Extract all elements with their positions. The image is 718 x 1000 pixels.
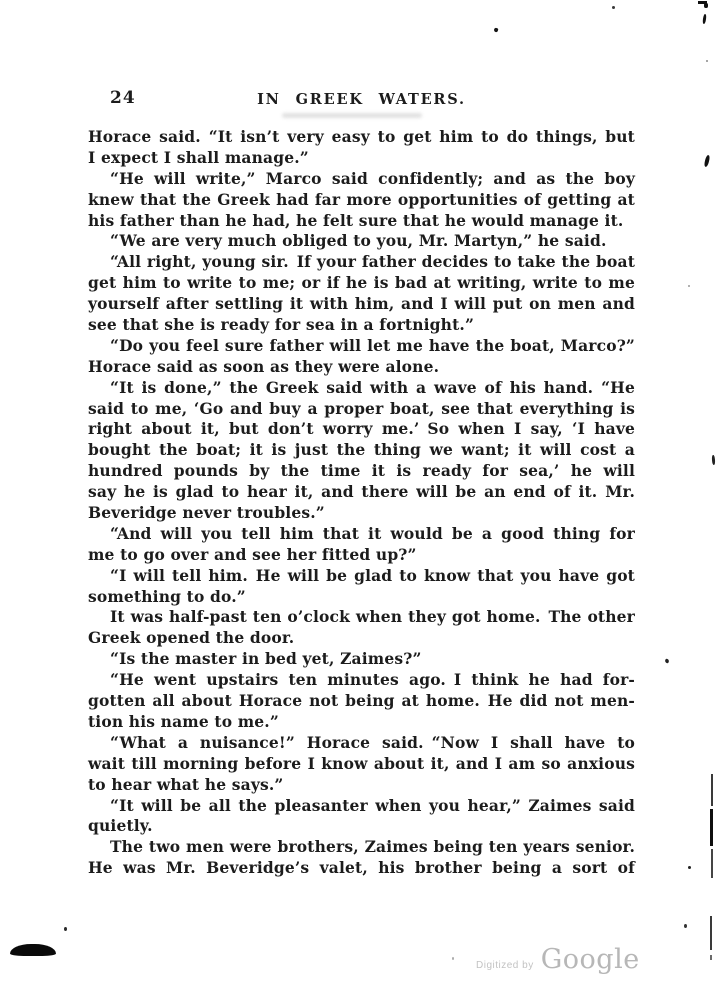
text-line: “It will be all the pleasanter when you … xyxy=(88,796,635,817)
ink-speck xyxy=(493,27,498,32)
text-line: “He will write,” Marco said confidently;… xyxy=(88,169,635,190)
ink-speck xyxy=(452,957,454,960)
text-line: knew that the Greek had far more opportu… xyxy=(88,190,635,211)
ink-speck xyxy=(64,927,67,931)
text-line: He was Mr. Beveridge’s valet, his brothe… xyxy=(88,858,635,879)
text-line: to hear what he says.” xyxy=(88,775,635,796)
scan-edge-line xyxy=(711,774,713,806)
text-line: tion his name to me.” xyxy=(88,712,635,733)
paragraph: “And will you tell him that it would be … xyxy=(88,524,635,566)
margin-mark xyxy=(702,14,706,24)
text-line: say he is glad to hear it, and there wil… xyxy=(88,482,635,503)
paragraph: “We are very much obliged to you, Mr. Ma… xyxy=(88,231,635,252)
text-line: I expect I shall manage.” xyxy=(88,148,635,169)
paragraph: The two men were brothers, Zaimes being … xyxy=(88,837,635,879)
paragraph: “Do you feel sure father will let me hav… xyxy=(88,336,635,378)
text-line: wait till morning before I know about it… xyxy=(88,754,635,775)
text-line: “All right, young sir. If your father de… xyxy=(88,252,635,273)
text-line: “What a nuisance!” Horace said. “Now I s… xyxy=(88,733,635,754)
google-watermark: Digitized by Google xyxy=(476,944,640,975)
text-line: “And will you tell him that it would be … xyxy=(88,524,635,545)
margin-mark xyxy=(712,455,716,465)
google-logo: Google xyxy=(541,944,640,975)
paragraph: “All right, young sir. If your father de… xyxy=(88,252,635,336)
ink-speck xyxy=(688,285,690,287)
ink-speck xyxy=(710,955,712,960)
running-header-title: IN GREEK WATERS. xyxy=(88,91,635,108)
text-line: gotten all about Horace not being at hom… xyxy=(88,691,635,712)
paragraph: “It is done,” the Greek said with a wave… xyxy=(88,378,635,524)
text-line: “I will tell him. He will be glad to kno… xyxy=(88,566,635,587)
text-line: said to me, ‘Go and buy a proper boat, s… xyxy=(88,399,635,420)
text-line: “It is done,” the Greek said with a wave… xyxy=(88,378,635,399)
digitized-by-label: Digitized by xyxy=(476,960,534,971)
text-line: quietly. xyxy=(88,816,635,837)
ink-speck xyxy=(704,3,708,8)
text-line: “Is the master in bed yet, Zaimes?” xyxy=(88,649,635,670)
ink-speck xyxy=(688,866,691,869)
ink-speck xyxy=(684,924,687,928)
text-line: The two men were brothers, Zaimes being … xyxy=(88,837,635,858)
text-line: yourself after settling it with him, and… xyxy=(88,294,635,315)
paragraph: “I will tell him. He will be glad to kno… xyxy=(88,566,635,608)
ink-blob xyxy=(10,944,56,956)
text-line: “He went upstairs ten minutes ago. I thi… xyxy=(88,670,635,691)
ink-speck xyxy=(664,658,669,663)
text-block: Horace said. “It isn’t very easy to get … xyxy=(88,127,635,879)
paragraph: “Is the master in bed yet, Zaimes?” xyxy=(88,649,635,670)
text-line: Beveridge never troubles.” xyxy=(88,503,635,524)
paragraph: “He will write,” Marco said confidently;… xyxy=(88,169,635,232)
paragraph: Horace said. “It isn’t very easy to get … xyxy=(88,127,635,169)
text-line: me to go over and see her fitted up?” xyxy=(88,545,635,566)
text-line: bought the boat; it is just the thing we… xyxy=(88,440,635,461)
text-line: Greek opened the door. xyxy=(88,628,635,649)
ink-speck xyxy=(612,6,615,9)
ink-speck xyxy=(706,60,708,62)
ink-speck xyxy=(698,1,707,4)
paragraph: “What a nuisance!” Horace said. “Now I s… xyxy=(88,733,635,796)
scan-smudge xyxy=(282,113,422,118)
paragraph: “He went upstairs ten minutes ago. I thi… xyxy=(88,670,635,733)
text-line: Horace said as soon as they were alone. xyxy=(88,357,635,378)
text-line: hundred pounds by the time it is ready f… xyxy=(88,461,635,482)
text-line: his father than he had, he felt sure tha… xyxy=(88,211,635,232)
text-line: Horace said. “It isn’t very easy to get … xyxy=(88,127,635,148)
text-line: “Do you feel sure father will let me hav… xyxy=(88,336,635,357)
scanned-book-page: 24 IN GREEK WATERS. Horace said. “It isn… xyxy=(0,0,718,1000)
margin-mark xyxy=(704,155,711,168)
scan-edge-line xyxy=(710,809,713,846)
text-line: It was half-past ten o’clock when they g… xyxy=(88,607,635,628)
scan-edge-line xyxy=(711,849,713,878)
text-line: get him to write to me; or if he is bad … xyxy=(88,273,635,294)
text-line: see that she is ready for sea in a fortn… xyxy=(88,315,635,336)
text-line: something to do.” xyxy=(88,587,635,608)
text-line: right about it, but don’t worry me.’ So … xyxy=(88,419,635,440)
paragraph: “It will be all the pleasanter when you … xyxy=(88,796,635,838)
paragraph: It was half-past ten o’clock when they g… xyxy=(88,607,635,649)
scan-edge-line xyxy=(710,916,712,950)
text-line: “We are very much obliged to you, Mr. Ma… xyxy=(88,231,635,252)
